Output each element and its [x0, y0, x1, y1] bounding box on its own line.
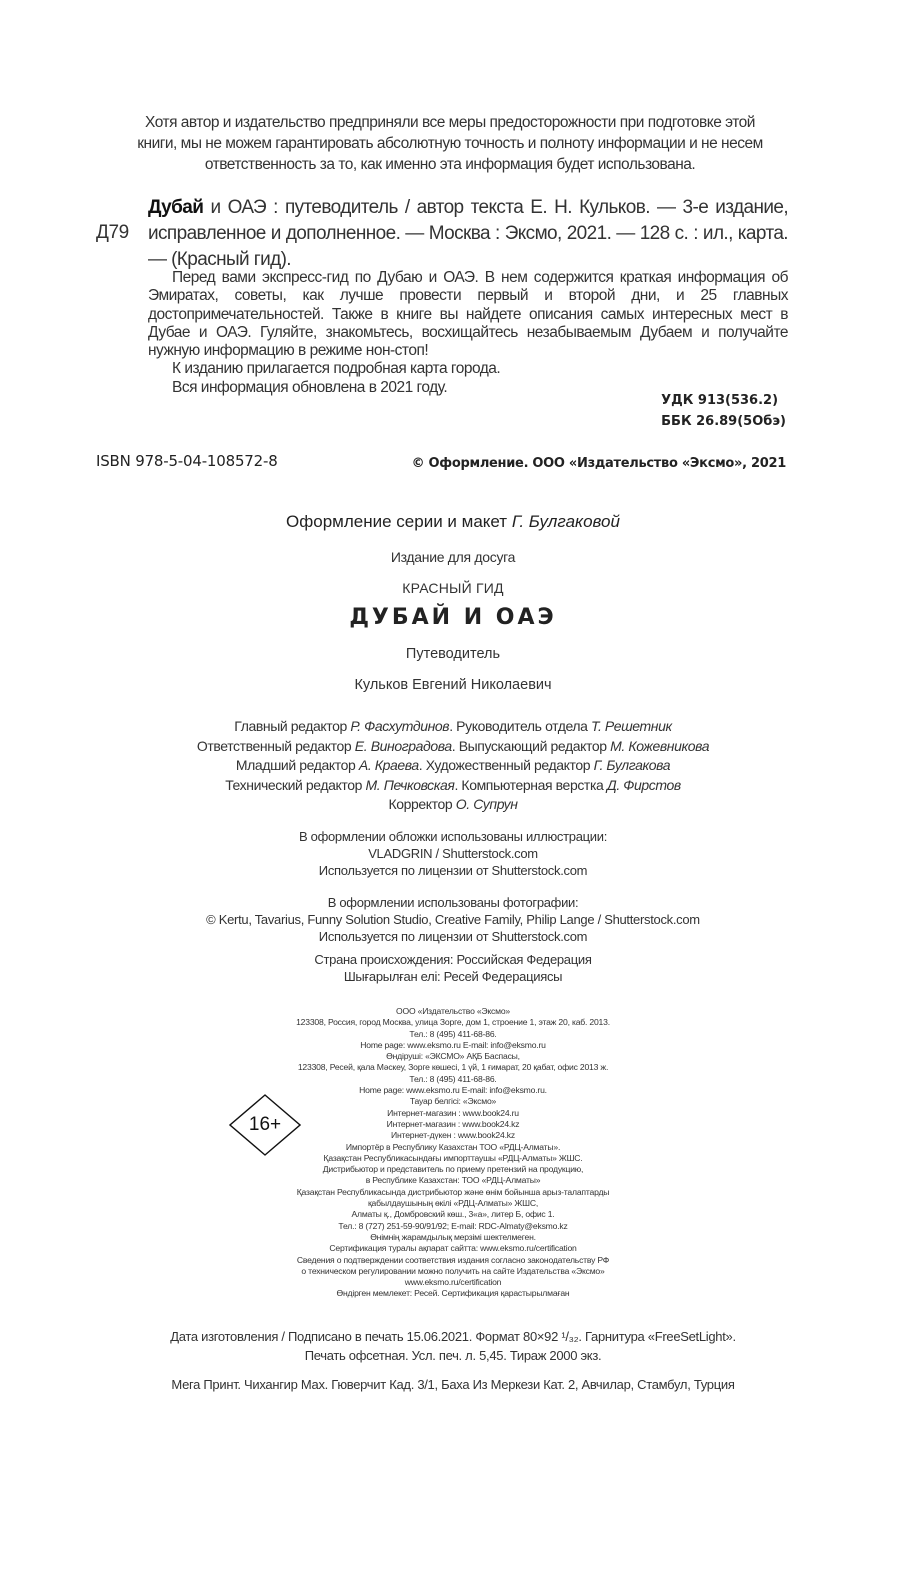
- imprint-line: в Республике Казахстан: ТОО «РДЦ-Алматы»: [0, 1175, 906, 1186]
- catalog-title-bold: Дубай: [148, 197, 203, 218]
- imprint-line: 123308, Россия, город Москва, улица Зорг…: [0, 1017, 906, 1028]
- imprint-page: Хотя автор и издательство предприняли вс…: [0, 0, 906, 1575]
- isbn: ISBN 978-5-04-108572-8: [96, 452, 278, 470]
- credit-name: М. Кожевникова: [610, 738, 709, 754]
- photo-credits: В оформлении использованы фотографии: © …: [0, 894, 906, 945]
- photo-credits-line: © Kertu, Tavarius, Funny Solution Studio…: [0, 911, 906, 928]
- imprint-line: www.eksmo.ru/certification: [0, 1277, 906, 1288]
- book-title: ДУБАЙ И ОАЭ: [0, 605, 906, 630]
- credit-name: Д. Фирстов: [607, 777, 681, 793]
- photo-credits-line: В оформлении использованы фотографии:: [0, 894, 906, 911]
- credit-line: Младший редактор А. Краева. Художественн…: [0, 756, 906, 776]
- credit-role: Ответственный редактор: [197, 738, 355, 754]
- disclaimer-line: Хотя автор и издательство предприняли вс…: [90, 112, 810, 133]
- imprint-line: Өнімнің жарамдылық мерзімі шектелмеген.: [0, 1232, 906, 1243]
- series-design: Оформление серии и макет Г. Булгаковой: [0, 512, 906, 532]
- credit-name: М. Печковская: [366, 777, 455, 793]
- imprint-line: Сертификация туралы ақпарат сайтта: www.…: [0, 1243, 906, 1254]
- catalog-code: Д79: [96, 222, 129, 244]
- credit-name: А. Краева: [359, 757, 419, 773]
- copyright: © Оформление. ООО «Издательство «Эксмо»,…: [412, 456, 786, 471]
- imprint-line: Тел.: 8 (495) 411-68-86.: [0, 1029, 906, 1040]
- catalog-record-text: и ОАЭ : путеводитель / автор текста Е. Н…: [148, 197, 788, 270]
- imprint-line: Home page: www.eksmo.ru E-mail: info@eks…: [0, 1040, 906, 1051]
- author: Кульков Евгений Николаевич: [0, 677, 906, 693]
- disclaimer-line: ответственность за то, как именно эта ин…: [90, 154, 810, 175]
- imprint-line: Өндіруші: «ЭКСМО» АҚБ Баспасы,: [0, 1051, 906, 1062]
- cover-illustrations-line: В оформлении обложки использованы иллюст…: [0, 828, 906, 845]
- classification: УДК 913(536.2) ББК 26.89(5Обэ): [661, 390, 786, 432]
- series-name: КРАСНЫЙ ГИД: [0, 580, 906, 596]
- print-info-line: Дата изготовления / Подписано в печать 1…: [0, 1327, 906, 1346]
- credit-name: Г. Булгакова: [594, 757, 670, 773]
- origin-line: Шығарылған елі: Ресей Федерациясы: [0, 968, 906, 985]
- imprint-line: о техническом регулировании можно получи…: [0, 1266, 906, 1277]
- country-of-origin: Страна происхождения: Российская Федерац…: [0, 951, 906, 985]
- imprint-line: ООО «Издательство «Эксмо»: [0, 1006, 906, 1017]
- credit-line: Технический редактор М. Печковская. Комп…: [0, 776, 906, 796]
- imprint-line: Home page: www.eksmo.ru E-mail: info@eks…: [0, 1085, 906, 1096]
- credit-name: Т. Решетник: [591, 718, 672, 734]
- bbk: ББК 26.89(5Обэ): [661, 411, 786, 432]
- disclaimer: Хотя автор и издательство предприняли вс…: [90, 112, 810, 175]
- imprint-line: Интернет-магазин : www.book24.ru: [0, 1108, 906, 1119]
- imprint-line: Сведения о подтверждении соответствия из…: [0, 1255, 906, 1266]
- credit-line: Ответственный редактор Е. Виноградова. В…: [0, 737, 906, 757]
- credits: Главный редактор Р. Фасхутдинов. Руковод…: [0, 717, 906, 815]
- credit-role: Младший редактор: [236, 757, 359, 773]
- credit-name: О. Супрун: [456, 796, 518, 812]
- udk: УДК 913(536.2): [661, 390, 786, 411]
- annotation-paragraph: Перед вами экспресс-гид по Дубаю и ОАЭ. …: [148, 269, 788, 360]
- credit-role: . Художественный редактор: [419, 757, 594, 773]
- cover-illustrations-line: Используется по лицензии от Shutterstock…: [0, 862, 906, 879]
- credit-line: Корректор О. Супрун: [0, 795, 906, 815]
- annotation-paragraph: К изданию прилагается подробная карта го…: [148, 360, 788, 378]
- print-info-line: Печать офсетная. Усл. печ. л. 5,45. Тира…: [0, 1346, 906, 1365]
- cover-illustrations-line: VLADGRIN / Shutterstock.com: [0, 845, 906, 862]
- series-design-label: Оформление серии и макет: [286, 512, 512, 531]
- imprint-line: Интернет-дүкен : www.book24.kz: [0, 1130, 906, 1141]
- imprint-line: Өндірген мемлекет: Ресей. Сертификация қ…: [0, 1288, 906, 1299]
- age-rating-badge: 16+: [229, 1094, 301, 1156]
- credit-role: Корректор: [388, 796, 455, 812]
- imprint-line: Дистрибьютор и представитель по приему п…: [0, 1164, 906, 1175]
- imprint-line: Тел.: 8 (727) 251-59-90/91/92; E-mail: R…: [0, 1221, 906, 1232]
- credit-role: . Руководитель отдела: [449, 718, 591, 734]
- credit-name: Е. Виноградова: [355, 738, 452, 754]
- imprint-line: Алматы қ., Домбровский көш., 3«а», литер…: [0, 1209, 906, 1220]
- imprint-line: Тел.: 8 (495) 411-68-86.: [0, 1074, 906, 1085]
- imprint-line: Қазақстан Республикасында дистрибьютор ж…: [0, 1187, 906, 1198]
- series-designer-name: Г. Булгаковой: [512, 512, 620, 531]
- edition-type: Издание для досуга: [0, 549, 906, 565]
- credit-role: Главный редактор: [234, 718, 350, 734]
- credit-line: Главный редактор Р. Фасхутдинов. Руковод…: [0, 717, 906, 737]
- credit-role: . Компьютерная верстка: [454, 777, 606, 793]
- credit-name: Р. Фасхутдинов: [350, 718, 449, 734]
- printer: Мега Принт. Чихангир Мах. Гюверчит Кад. …: [0, 1377, 906, 1392]
- genre: Путеводитель: [0, 646, 906, 662]
- catalog-record: Дубай и ОАЭ : путеводитель / автор текст…: [148, 195, 788, 273]
- origin-line: Страна происхождения: Российская Федерац…: [0, 951, 906, 968]
- annotation: Перед вами экспресс-гид по Дубаю и ОАЭ. …: [148, 269, 788, 397]
- age-rating: 16+: [229, 1094, 301, 1156]
- imprint-line: Қазақстан Республикасындағы импорттаушы …: [0, 1153, 906, 1164]
- credit-role: Технический редактор: [225, 777, 365, 793]
- photo-credits-line: Используется по лицензии от Shutterstock…: [0, 928, 906, 945]
- cover-illustrations: В оформлении обложки использованы иллюст…: [0, 828, 906, 879]
- print-info: Дата изготовления / Подписано в печать 1…: [0, 1327, 906, 1365]
- imprint-line: Интернет-магазин : www.book24.kz: [0, 1119, 906, 1130]
- disclaimer-line: книги, мы не можем гарантировать абсолют…: [90, 133, 810, 154]
- imprint-line: Импортёр в Республику Казахстан ТОО «РДЦ…: [0, 1142, 906, 1153]
- credit-role: . Выпускающий редактор: [452, 738, 610, 754]
- imprint-line: қабылдаушының өкілі «РДЦ-Алматы» ЖШС,: [0, 1198, 906, 1209]
- publisher-imprint: ООО «Издательство «Эксмо»123308, Россия,…: [0, 1006, 906, 1300]
- imprint-line: 123308, Ресей, қала Мәскеу, Зорге көшесі…: [0, 1062, 906, 1073]
- imprint-line: Тауар белгісі: «Эксмо»: [0, 1096, 906, 1107]
